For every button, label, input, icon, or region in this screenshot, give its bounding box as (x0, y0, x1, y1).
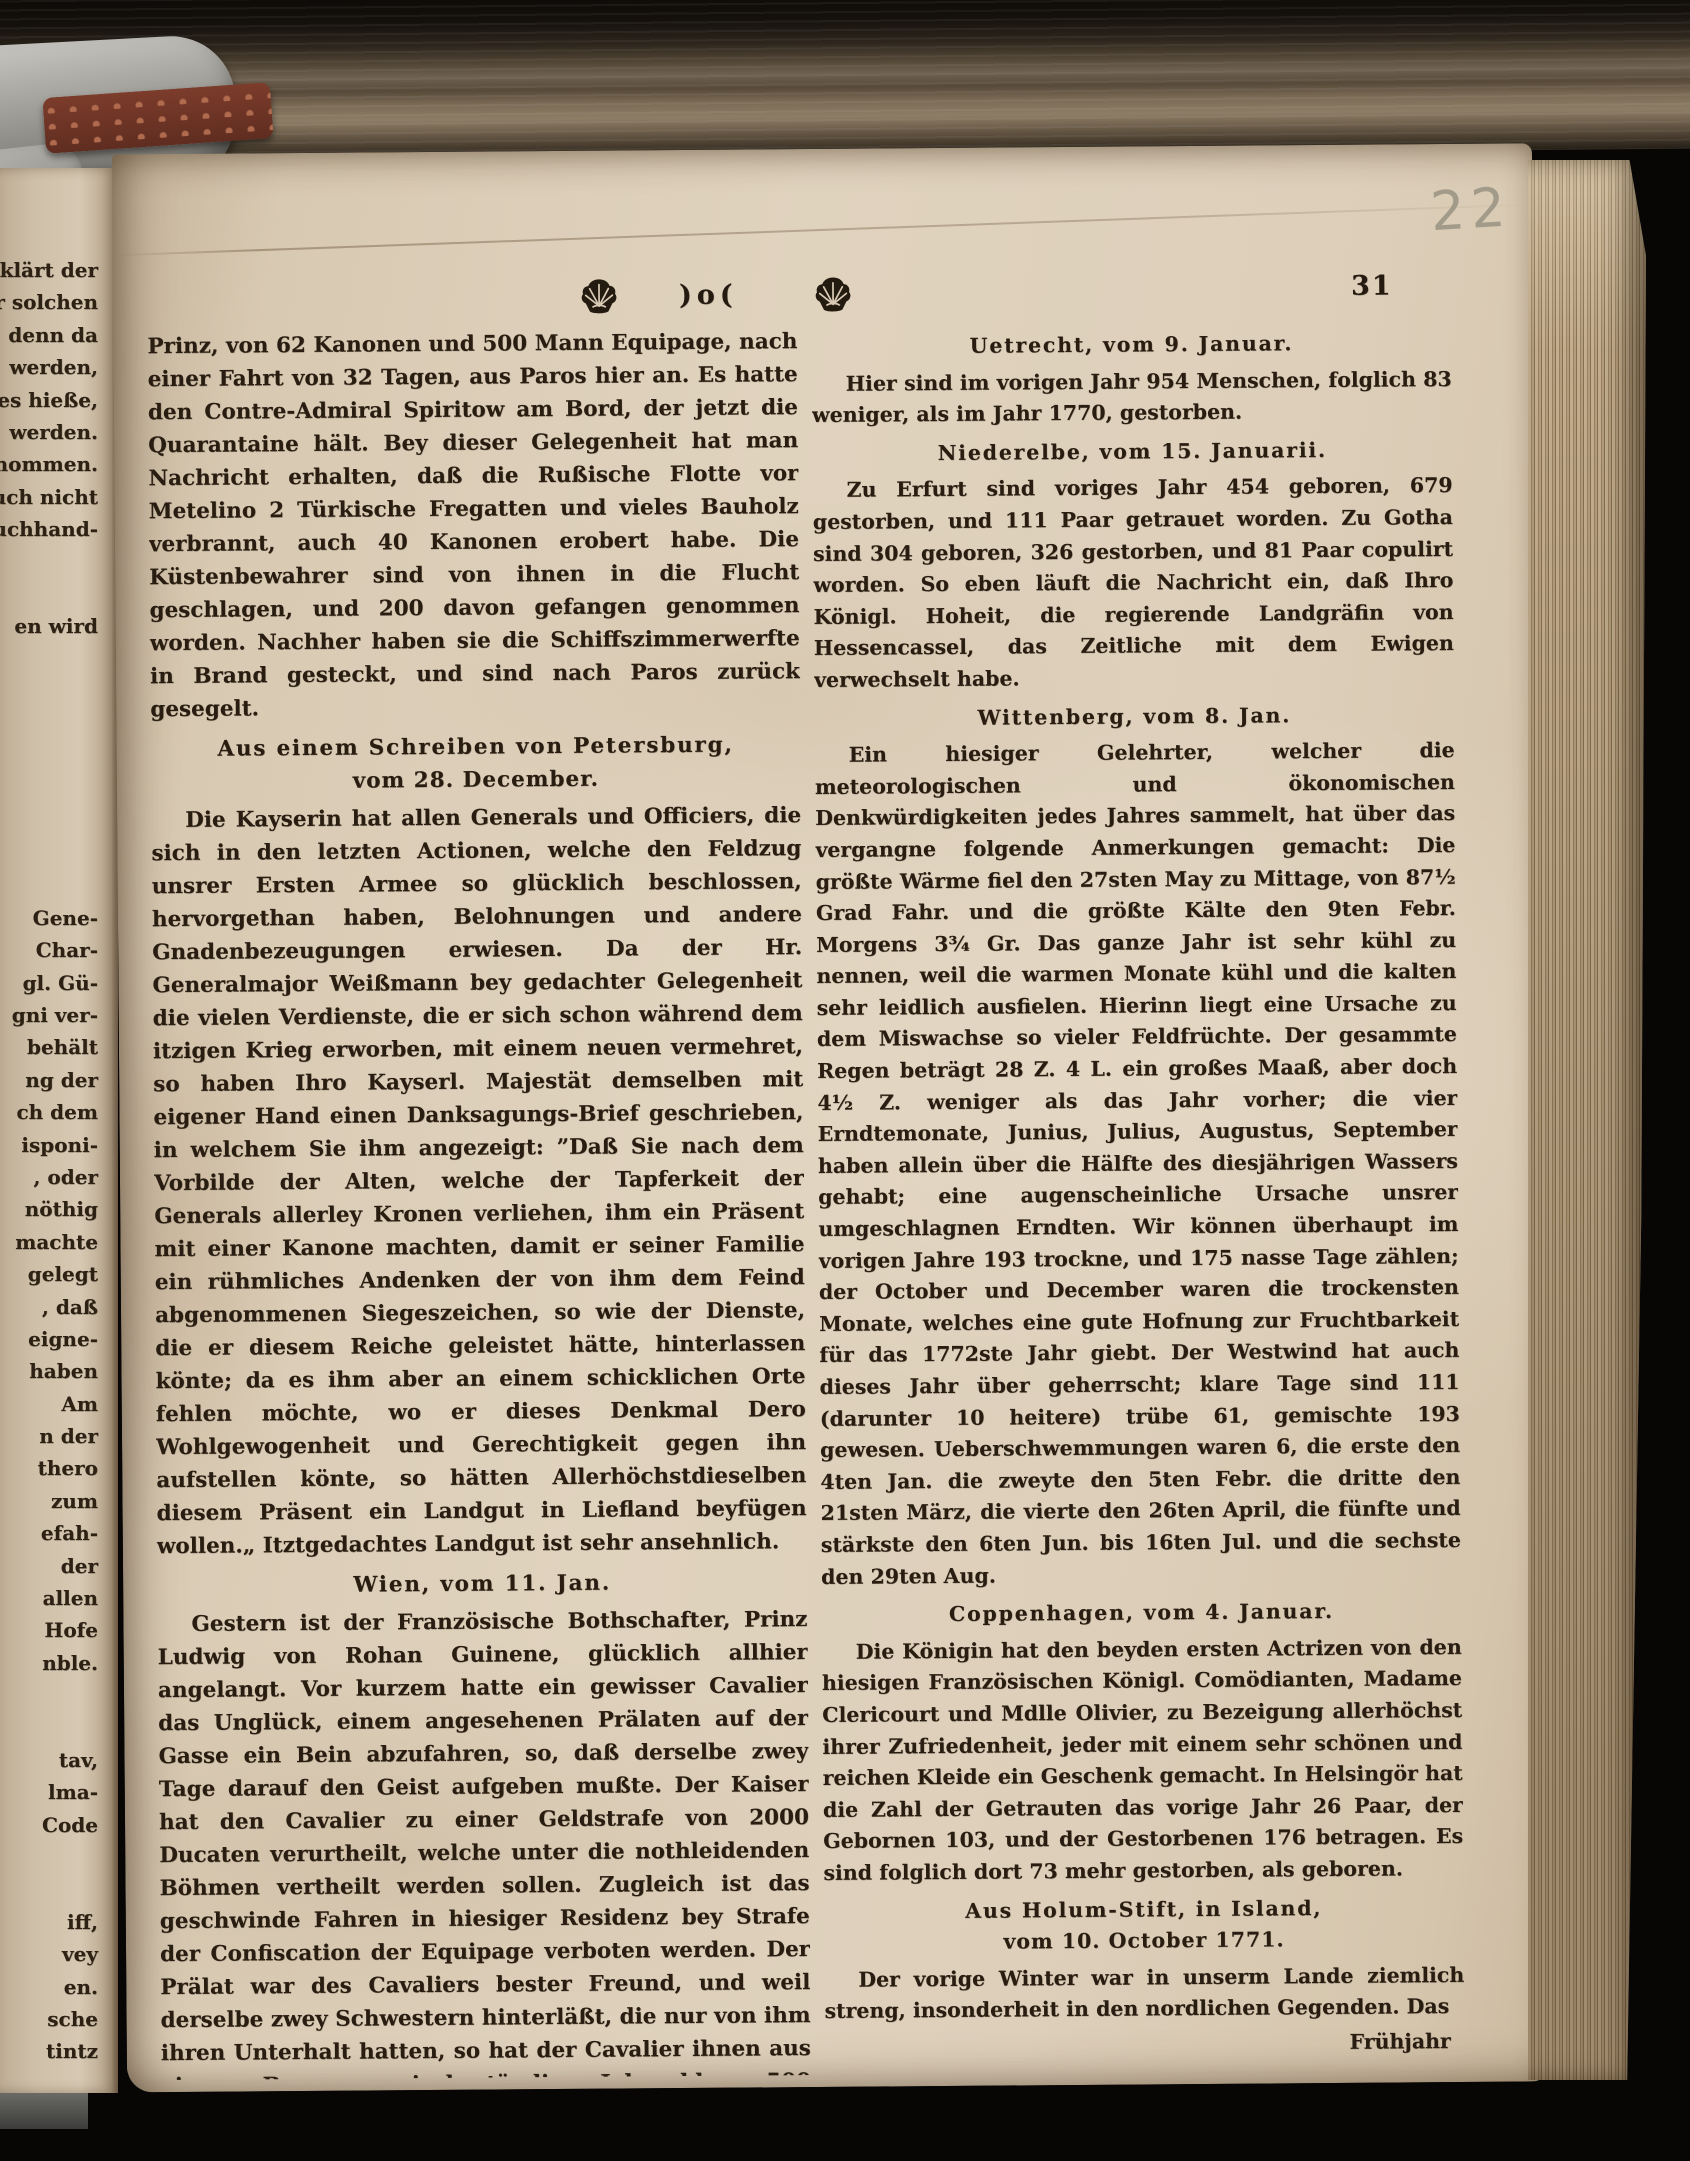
margin-fragment: gelegt (0, 1258, 108, 1290)
margin-fragment: allen (0, 1582, 108, 1614)
margin-fragment: thero (0, 1452, 108, 1484)
section-heading: Uetrecht, vom 9. Januar. (811, 327, 1451, 364)
margin-fragment: lma- (0, 1776, 108, 1808)
margin-fragment (0, 643, 108, 675)
margin-fragment: werden, (0, 351, 108, 383)
section-heading: Niederelbe, vom 15. Januarii. (812, 434, 1452, 471)
catchword: Frühjahr (825, 2026, 1465, 2063)
paragraph: Zu Erfurt sind voriges Jahr 454 geboren,… (812, 470, 1454, 696)
margin-fragment (0, 1874, 108, 1906)
margin-fragment (0, 1712, 108, 1744)
margin-fragment: uchhand- (0, 513, 108, 545)
heading-line: Coppenhagen, vom 4. Januar. (821, 1595, 1461, 1632)
margin-fragment: Char- (0, 934, 108, 966)
margin-fragment: nommen. (0, 448, 108, 480)
heading-line: Wien, vom 11. Jan. (157, 1565, 807, 1603)
margin-fragment: efah- (0, 1517, 108, 1549)
margin-fragment (0, 578, 108, 610)
margin-fragment (0, 740, 108, 772)
margin-fragment: machte (0, 1226, 108, 1258)
shell-ornament-icon (813, 275, 853, 315)
margin-fragment: behält (0, 1031, 108, 1063)
printers-mark: )o( (679, 280, 738, 311)
margin-fragment: gl. Gü- (0, 967, 108, 999)
margin-fragment: iff, (0, 1906, 108, 1938)
paragraph: Hier sind im vorigen Jahr 954 Menschen, … (812, 364, 1452, 432)
heading-line: Wittenberg, vom 8. Jan. (814, 698, 1454, 735)
paragraph: Der vorige Winter war in unserm Lande zi… (824, 1960, 1464, 2028)
margin-fragment: er solchen (0, 286, 108, 318)
margin-fragment: klärt der (0, 254, 108, 286)
margin-fragment: der (0, 1550, 108, 1582)
margin-fragment (0, 675, 108, 707)
paragraph: Ein hiesiger Gelehrter, welcher die mete… (815, 735, 1462, 1593)
previous-page-edge: klärt derer solchendenn dawerden,es hieß… (0, 168, 118, 2093)
margin-fragment: eigne- (0, 1323, 108, 1355)
section-heading: Aus einem Schreiben von Petersburg,vom 2… (150, 728, 800, 799)
margin-text-fragments: klärt derer solchendenn dawerden,es hieß… (0, 254, 108, 2068)
margin-fragment (0, 546, 108, 578)
margin-fragment: ng der (0, 1064, 108, 1096)
margin-fragment (0, 837, 108, 869)
margin-fragment: Gene- (0, 902, 108, 934)
section-heading: Wittenberg, vom 8. Jan. (814, 698, 1454, 735)
section-heading: Wien, vom 11. Jan. (157, 1565, 807, 1603)
paragraph: Gestern ist der Französische Bothschafte… (157, 1603, 811, 2080)
page-number: 31 (1351, 270, 1393, 301)
heading-line: Aus einem Schreiben von Petersburg, (150, 728, 800, 766)
book-bottom-edge (0, 2093, 88, 2129)
margin-fragment (0, 869, 108, 901)
handwritten-folio-number: 22 (1429, 175, 1513, 243)
margin-fragment: tav, (0, 1744, 108, 1776)
margin-fragment: en. (0, 1971, 108, 2003)
margin-fragment: gni ver- (0, 999, 108, 1031)
book-photo: klärt derer solchendenn dawerden,es hieß… (0, 0, 1690, 2161)
margin-fragment (0, 707, 108, 739)
right-column: Uetrecht, vom 9. Januar.Hier sind im vor… (811, 320, 1465, 2095)
scratch-line (109, 203, 1540, 256)
paragraph: Prinz, von 62 Kanonen und 500 Mann Equip… (147, 325, 800, 726)
margin-fragment: en wird (0, 610, 108, 642)
margin-fragment: zum (0, 1485, 108, 1517)
margin-fragment: es hieße, (0, 384, 108, 416)
margin-fragment: uch nicht (0, 481, 108, 513)
margin-fragment: , daß (0, 1291, 108, 1323)
heading-line: vom 10. October 1771. (824, 1923, 1464, 1960)
heading-line: Niederelbe, vom 15. Januarii. (812, 434, 1452, 471)
margin-fragment: Am (0, 1388, 108, 1420)
margin-fragment: sche (0, 2003, 108, 2035)
heading-line: Aus Holum-Stift, in Island, (824, 1891, 1464, 1928)
left-column: Prinz, von 62 Kanonen und 500 Mann Equip… (147, 325, 811, 2080)
margin-fragment: haben (0, 1355, 108, 1387)
book-fore-edge (1528, 160, 1646, 2080)
margin-fragment: Code (0, 1809, 108, 1841)
paragraph: Die Kayserin hat allen Generals und Offi… (151, 799, 807, 1563)
margin-fragment: denn da (0, 319, 108, 351)
margin-fragment (0, 805, 108, 837)
margin-fragment (0, 1841, 108, 1873)
margin-fragment: Hofe (0, 1614, 108, 1646)
margin-fragment: nöthig (0, 1193, 108, 1225)
heading-line: Uetrecht, vom 9. Januar. (811, 327, 1451, 364)
margin-fragment (0, 772, 108, 804)
margin-fragment: n der (0, 1420, 108, 1452)
heading-line: vom 28. December. (151, 761, 801, 799)
margin-fragment: ch dem (0, 1096, 108, 1128)
section-heading: Aus Holum-Stift, in Island,vom 10. Octob… (824, 1891, 1464, 1959)
paragraph: Die Königin hat den beyden ersten Actriz… (822, 1632, 1464, 1890)
margin-fragment: tintz (0, 2035, 108, 2067)
margin-fragment: , oder (0, 1161, 108, 1193)
shell-ornament-icon (579, 277, 619, 317)
margin-fragment (0, 1679, 108, 1711)
margin-fragment: vey (0, 1938, 108, 1970)
margin-fragment: isponi- (0, 1129, 108, 1161)
book-page: )o( 31 22 Prinz, von 62 Kanonen und 500 … (112, 143, 1547, 2092)
section-heading: Coppenhagen, vom 4. Januar. (821, 1595, 1461, 1632)
margin-fragment: werden. (0, 416, 108, 448)
margin-fragment: nble. (0, 1647, 108, 1679)
